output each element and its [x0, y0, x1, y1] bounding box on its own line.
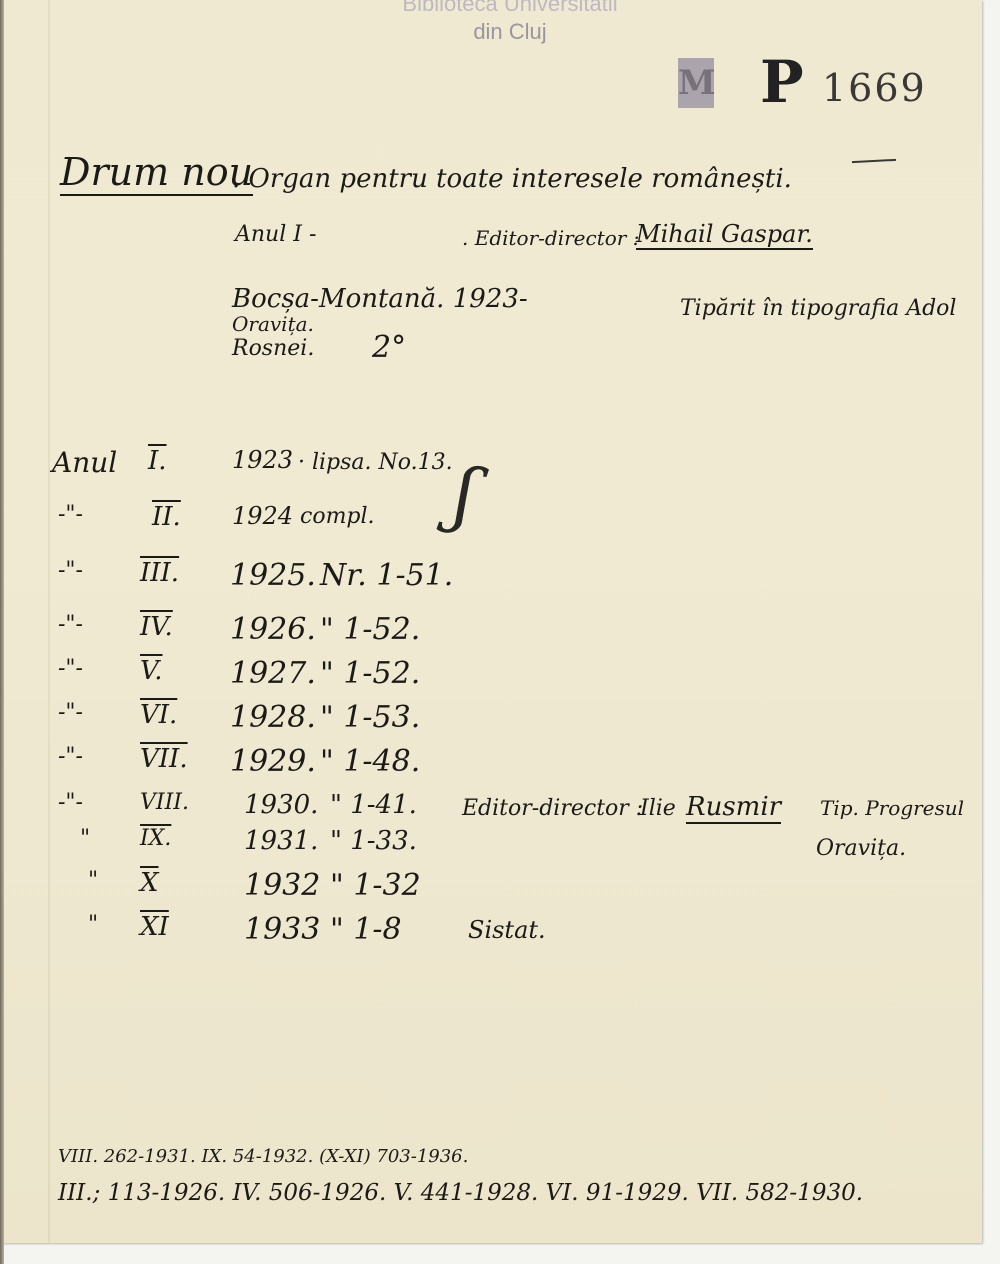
editor-label: . Editor-director : — [462, 226, 639, 250]
volume-row: -"- III. 1925. Nr. 1-51. — [0, 558, 982, 598]
editor2-label: Editor-director : — [462, 796, 643, 821]
volume-row: -"- II. 1924 compl. — [0, 502, 982, 542]
library-stamp-line1: Biblioteca Universitatii — [370, 0, 650, 18]
printer: Tipărit în tipografia Adol — [680, 296, 956, 321]
publication-title: Drum nou — [60, 150, 253, 196]
ceased-note: Sistat. — [468, 916, 546, 944]
place-rosnei: Rosnei. — [232, 336, 314, 361]
inventory-line2: III.; 113-1926. IV. 506-1926. V. 441-192… — [58, 1180, 863, 1206]
scan-left-edge — [0, 0, 4, 1264]
editor2-last-name: Rusmir — [686, 792, 781, 824]
year-label: Anul I - — [235, 222, 316, 247]
printer2-line2: Oravița. — [816, 836, 906, 861]
volume-mark-stamp: M — [678, 58, 714, 108]
library-stamp: Biblioteca Universitatii din Cluj — [370, 0, 650, 46]
volume-row: " X 1932 " 1-32 — [0, 868, 982, 908]
shelf-letter-stamp: P — [760, 52, 804, 112]
volume-row: -"- VI. 1928. " 1-53. — [0, 700, 982, 740]
place-of-publication: Bocșa-Montană. 1923- — [232, 284, 528, 314]
printer2-line1: Tip. Progresul — [820, 796, 964, 820]
volume-row: -"- V. 1927. " 1-52. — [0, 656, 982, 696]
editor2-first-name: Ilie — [640, 796, 676, 821]
volume-row: -"- VII. 1929. " 1-48. — [0, 744, 982, 784]
dash-mark — [852, 159, 896, 163]
editor-name: Mihail Gaspar. — [636, 220, 813, 250]
catalog-card: Biblioteca Universitatii din Cluj M P 16… — [0, 0, 982, 1243]
volume-row: I. 1923 · lipsa. No.13. — [0, 446, 982, 486]
publication-subtitle: . Organ pentru toate interesele româneșt… — [232, 164, 792, 194]
volume-row: -"- IV. 1926. " 1-52. — [0, 612, 982, 652]
library-stamp-line2: din Cluj — [370, 18, 650, 46]
shelf-number-stamp: 1669 — [822, 66, 927, 110]
format: 2° — [372, 330, 406, 365]
place-oravita: Oravița. — [232, 312, 314, 336]
inventory-line1: VIII. 262-1931. IX. 54-1932. (X-XI) 703-… — [58, 1146, 468, 1167]
